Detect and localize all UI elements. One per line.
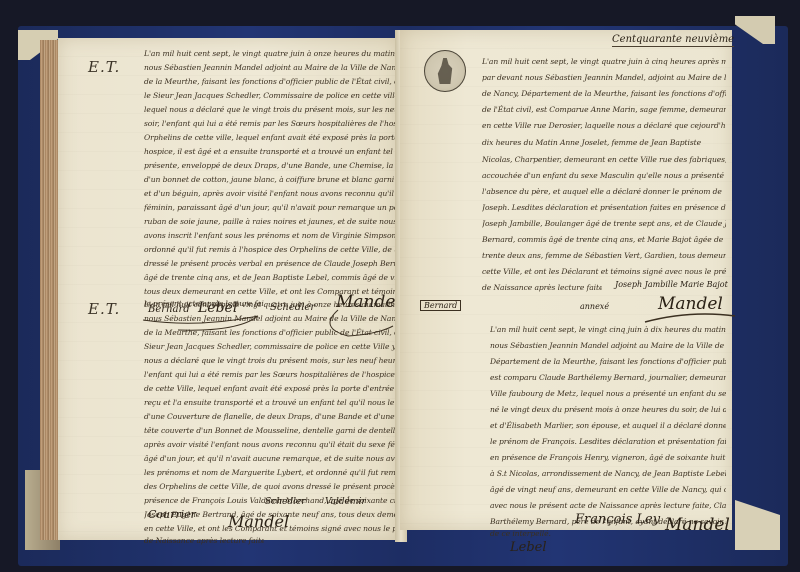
folio-header: Centquarante neuvième	[612, 34, 734, 47]
margin-note-entry-2: E.T.	[88, 300, 120, 318]
left-page: E.T. E.T. L'an mil huit cent sept, le vi…	[58, 38, 398, 540]
signature-schedler: Schedler	[265, 497, 306, 507]
text-line: de Naissance après lecture faite.	[482, 278, 602, 297]
seal-figure-icon	[436, 58, 454, 84]
signature-francois-ley: François Ley	[575, 512, 660, 527]
annotation-annexe: annexé	[580, 302, 609, 311]
signature-mandel: Mandel	[228, 512, 289, 531]
signature-lebel: Lebel	[510, 540, 547, 555]
text-line: de Naissance après lecture faite.	[144, 531, 264, 550]
page-stack-edge	[40, 40, 60, 540]
signature-marie-bajot: Marie Bajot	[680, 280, 728, 289]
fiscal-stamp-seal	[424, 50, 466, 92]
signature-joseph-jambille: Joseph Jambille	[615, 280, 678, 289]
signature-mandel: Mandel	[665, 515, 730, 535]
right-page: L'an mil huit cent sept, le vingt quatre…	[400, 30, 732, 530]
signature-bernard: Bernard	[420, 300, 461, 311]
signature-courrier: Courrier	[148, 508, 196, 521]
margin-note-entry-1: E.T.	[88, 58, 120, 76]
signature-valdemir: Valdémir	[325, 497, 366, 507]
